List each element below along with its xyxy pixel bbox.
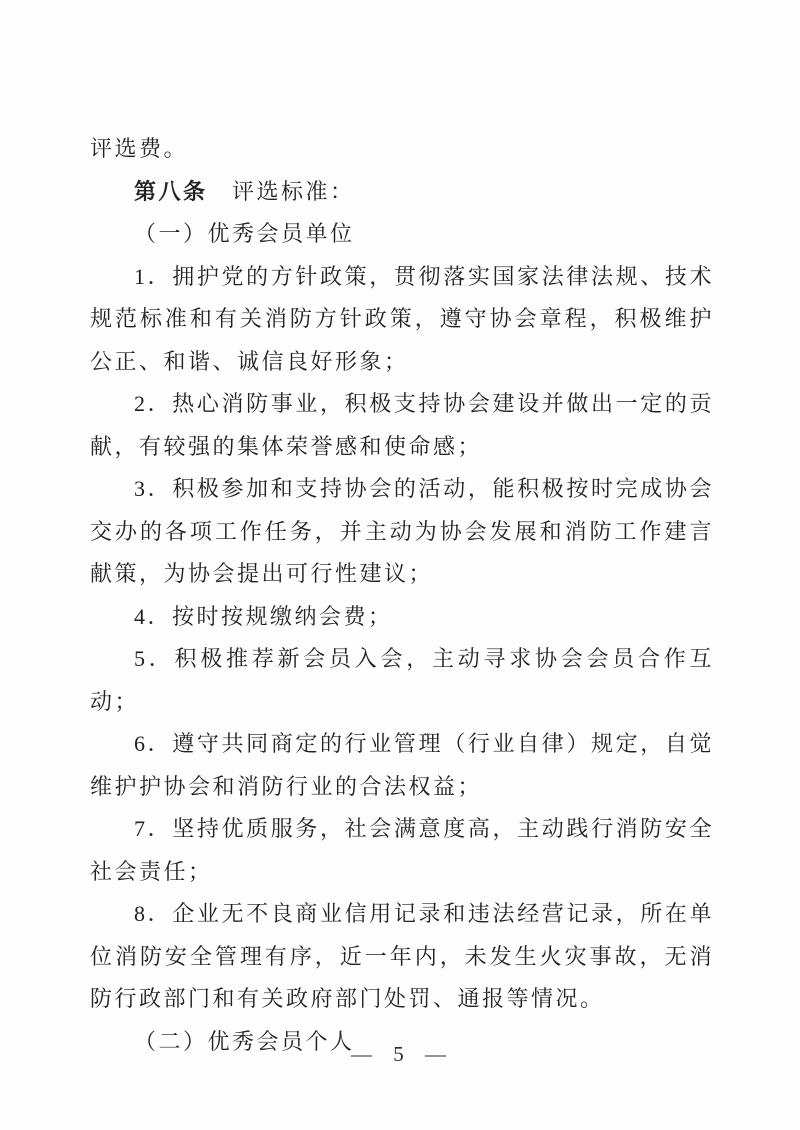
page-footer: — 5 — — [0, 1042, 800, 1067]
document-page: 评选费。 第八条 评选标准： （一）优秀会员单位 1．拥护党的方针政策，贯彻落实… — [0, 0, 800, 1130]
paragraph: 4．按时按规缴纳会费； — [90, 596, 714, 639]
article-title: 评选标准： — [208, 179, 355, 204]
paragraph: 5．积极推荐新会员入会，主动寻求协会会员合作互动； — [90, 638, 714, 723]
document-body: 评选费。 第八条 评选标准： （一）优秀会员单位 1．拥护党的方针政策，贯彻落实… — [90, 128, 714, 1063]
paragraph: 1．拥护党的方针政策，贯彻落实国家法律法规、技术规范标准和有关消防方针政策，遵守… — [90, 256, 714, 384]
paragraph: 2．热心消防事业，积极支持协会建设并做出一定的贡献，有较强的集体荣誉感和使命感； — [90, 383, 714, 468]
paragraph: 3．积极参加和支持协会的活动，能积极按时完成协会交办的各项工作任务，并主动为协会… — [90, 468, 714, 596]
article-number: 第八条 — [134, 179, 208, 204]
section-heading: （一）优秀会员单位 — [90, 213, 714, 256]
article-heading: 第八条 评选标准： — [90, 171, 714, 214]
paragraph: 评选费。 — [90, 128, 714, 171]
page-number: — 5 — — [351, 1042, 449, 1066]
paragraph: 7．坚持优质服务，社会满意度高，主动践行消防安全社会责任； — [90, 808, 714, 893]
paragraph: 8．企业无不良商业信用记录和违法经营记录，所在单位消防安全管理有序，近一年内，未… — [90, 893, 714, 1021]
paragraph: 6．遵守共同商定的行业管理（行业自律）规定，自觉维护护协会和消防行业的合法权益； — [90, 723, 714, 808]
